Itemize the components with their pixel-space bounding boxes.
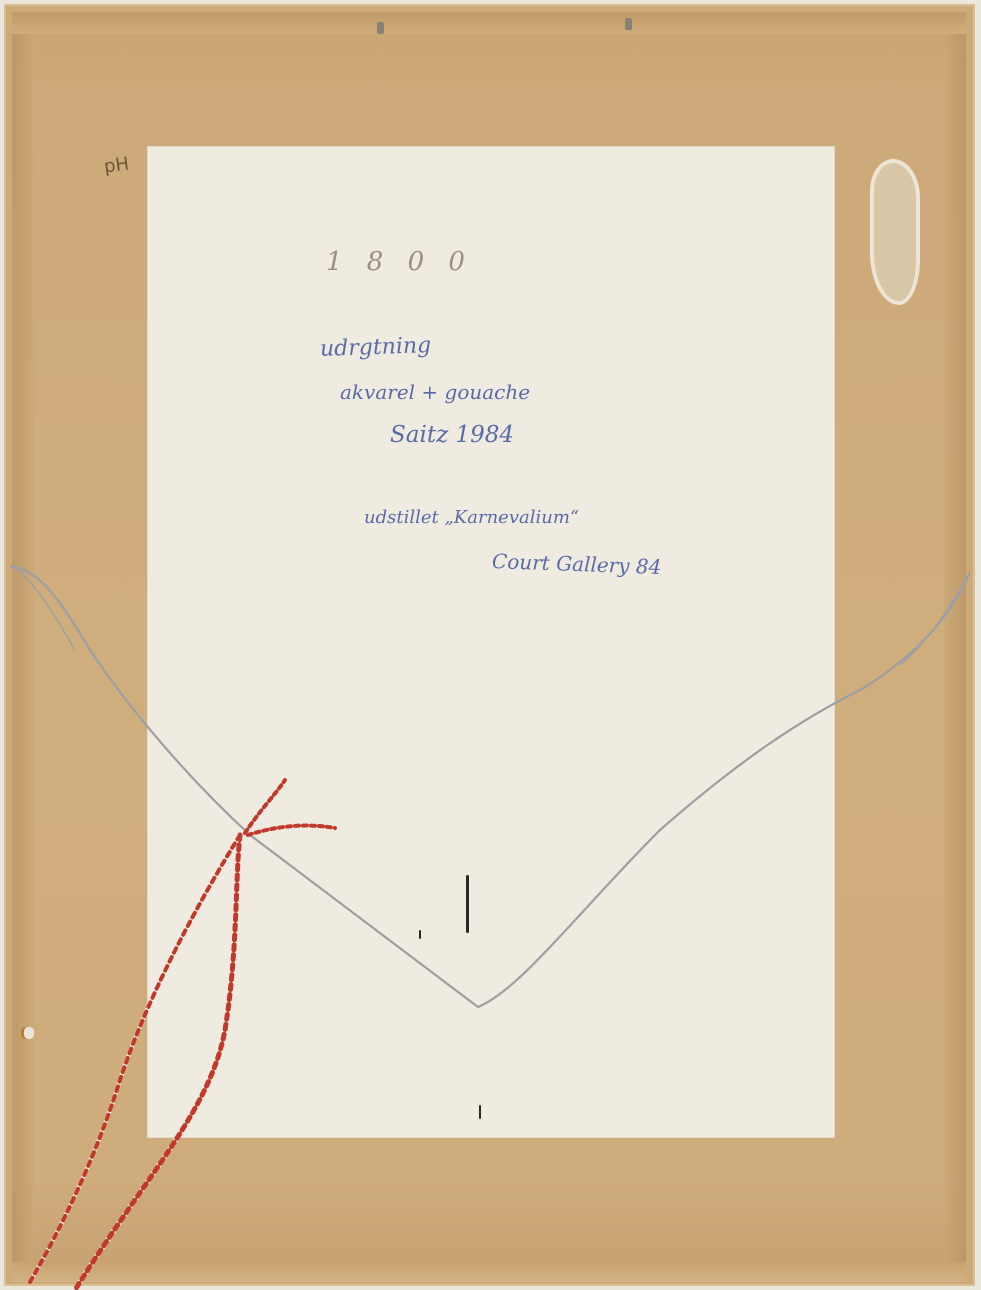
wire-and-twine	[0, 0, 981, 1290]
red-white-twine	[30, 780, 335, 1290]
hanging-wire	[10, 566, 970, 1007]
picture-frame: pH 1 8 0 0 udrgtning akvarel + gouache S…	[0, 0, 981, 1290]
